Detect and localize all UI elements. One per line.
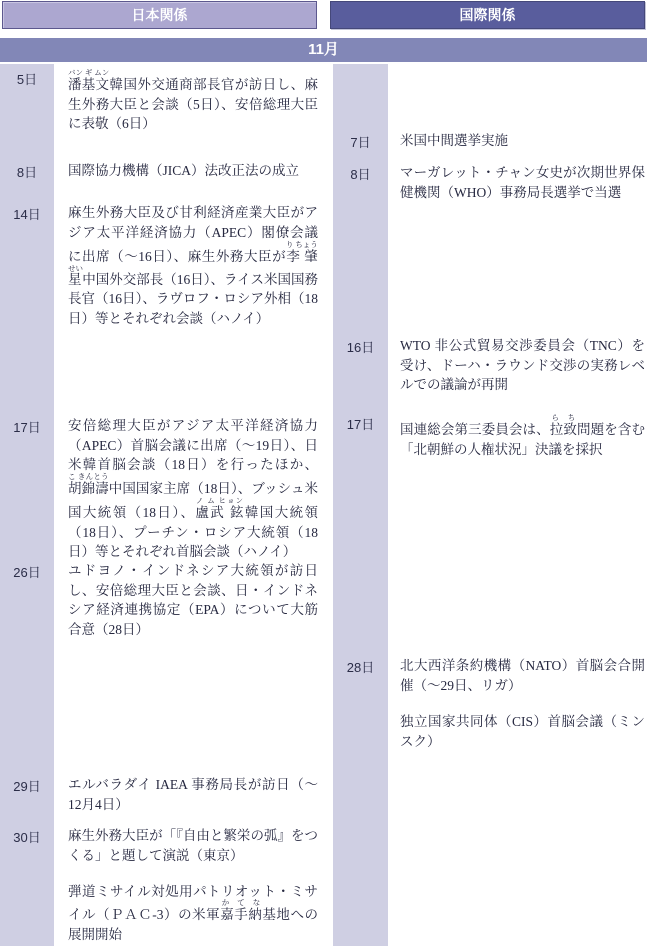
entry-text: 麻生外務大臣が「『自由と繁栄の弧』をつくる」と題して演説（東京）弾道ミサイル対処… <box>68 826 318 944</box>
chronology-page: 日本関係 国際関係 11月 5日潘基文バン ギ ムン韓国外交通商部長官が訪日し、… <box>0 0 647 946</box>
entry-text: 潘基文バン ギ ムン韓国外交通商部長官が訪日し、麻生外務大臣と会談（5日）、安倍… <box>68 68 318 134</box>
entry-date: 17日 <box>0 417 54 436</box>
entry-paragraph: エルバラダイ IAEA 事務局長が訪日（～12月4日） <box>68 775 318 814</box>
ruby-annotated-name: 拉致ら ち <box>550 422 577 437</box>
entry-paragraph: 麻生外務大臣及び甘利経済産業大臣がアジア太平洋経済協力（APEC）閣僚会議に出席… <box>68 203 318 328</box>
entry-date: 14日 <box>0 204 54 223</box>
timeline-entry-left-2: 8日国際協力機構（JICA）法改正法の成立 <box>0 161 318 181</box>
entry-paragraph: 北大西洋条約機構（NATO）首脳会合開催（～29日、リガ） <box>400 656 645 695</box>
timeline-entry-right-3: 16日WTO 非公式貿易交渉委員会（TNC）を受け、ドーハ・ラウンド交渉の実務レ… <box>333 336 647 395</box>
entry-paragraph: 安倍総理大臣がアジア太平洋経済協力（APEC）首脳会議に出席（～19日）、日米韓… <box>68 416 318 562</box>
entry-paragraph: ユドヨノ・インドネシア大統領が訪日し、安倍総理大臣と会談、日・インドネシア経済連… <box>68 561 318 639</box>
entry-paragraph: WTO 非公式貿易交渉委員会（TNC）を受け、ドーハ・ラウンド交渉の実務レベルで… <box>400 336 645 395</box>
entry-date: 30日 <box>0 827 54 846</box>
entry-text: WTO 非公式貿易交渉委員会（TNC）を受け、ドーハ・ラウンド交渉の実務レベルで… <box>400 336 645 395</box>
entry-text: 国連総会第三委員会は、拉致ら ち問題を含む「北朝鮮の人権状況」決議を採択 <box>400 413 645 459</box>
entry-text: 麻生外務大臣及び甘利経済産業大臣がアジア太平洋経済協力（APEC）閣僚会議に出席… <box>68 203 318 328</box>
ruby-annotated-name: 盧武 鉉ノ ム ヒョン <box>195 505 245 520</box>
entry-text: 安倍総理大臣がアジア太平洋経済協力（APEC）首脳会議に出席（～19日）、日米韓… <box>68 416 318 562</box>
entry-paragraph: 米国中間選挙実施 <box>400 131 645 151</box>
entry-paragraph: 国連総会第三委員会は、拉致ら ち問題を含む「北朝鮮の人権状況」決議を採択 <box>400 413 645 459</box>
ruby-annotated-name: 潘基文バン ギ ムン <box>68 77 109 92</box>
timeline-entry-left-5: 26日ユドヨノ・インドネシア大統領が訪日し、安倍総理大臣と会談、日・インドネシア… <box>0 561 318 639</box>
ruby-annotated-name: 胡錦濤こ きんとう <box>68 481 109 496</box>
entry-date: 28日 <box>333 657 388 676</box>
entry-paragraph: 麻生外務大臣が「『自由と繁栄の弧』をつくる」と題して演説（東京） <box>68 826 318 865</box>
entry-paragraph: 国際協力機構（JICA）法改正法の成立 <box>68 161 318 181</box>
entry-date: 8日 <box>333 164 388 183</box>
entry-date: 17日 <box>333 414 388 433</box>
entry-date: 26日 <box>0 562 54 581</box>
entry-date: 5日 <box>0 69 54 88</box>
entry-text: ユドヨノ・インドネシア大統領が訪日し、安倍総理大臣と会談、日・インドネシア経済連… <box>68 561 318 639</box>
timeline-entry-left-3: 14日麻生外務大臣及び甘利経済産業大臣がアジア太平洋経済協力（APEC）閣僚会議… <box>0 203 318 328</box>
entry-date: 8日 <box>0 162 54 181</box>
timeline-entry-left-7: 30日麻生外務大臣が「『自由と繁栄の弧』をつくる」と題して演説（東京）弾道ミサイ… <box>0 826 318 944</box>
timeline-entry-left-6: 29日エルバラダイ IAEA 事務局長が訪日（～12月4日） <box>0 775 318 814</box>
timeline-entry-left-1: 5日潘基文バン ギ ムン韓国外交通商部長官が訪日し、麻生外務大臣と会談（5日）、… <box>0 68 318 134</box>
timeline-entry-left-4: 17日安倍総理大臣がアジア太平洋経済協力（APEC）首脳会議に出席（～19日）、… <box>0 416 318 562</box>
entry-text: エルバラダイ IAEA 事務局長が訪日（～12月4日） <box>68 775 318 814</box>
timeline-entry-right-4: 17日国連総会第三委員会は、拉致ら ち問題を含む「北朝鮮の人権状況」決議を採択 <box>333 413 647 459</box>
entry-date: 29日 <box>0 776 54 795</box>
entry-text: 国際協力機構（JICA）法改正法の成立 <box>68 161 318 181</box>
entry-text: 米国中間選挙実施 <box>400 131 645 151</box>
ruby-annotated-name: 李 肇り ちょう <box>286 249 318 264</box>
entry-paragraph: マーガレット・チャン女史が次期世界保健機関（WHO）事務局長選挙で当選 <box>400 163 645 202</box>
entry-text: 北大西洋条約機構（NATO）首脳会合開催（～29日、リガ）独立国家共同体（CIS… <box>400 656 645 751</box>
entry-paragraph: 独立国家共同体（CIS）首脳会議（ミンスク） <box>400 712 645 751</box>
timeline-entry-right-1: 7日米国中間選挙実施 <box>333 131 647 151</box>
entry-text: マーガレット・チャン女史が次期世界保健機関（WHO）事務局長選挙で当選 <box>400 163 645 202</box>
japan-column: 5日潘基文バン ギ ムン韓国外交通商部長官が訪日し、麻生外務大臣と会談（5日）、… <box>0 0 318 946</box>
entry-paragraph: 潘基文バン ギ ムン韓国外交通商部長官が訪日し、麻生外務大臣と会談（5日）、安倍… <box>68 68 318 134</box>
entry-date: 7日 <box>333 132 388 151</box>
international-column: 7日米国中間選挙実施8日マーガレット・チャン女史が次期世界保健機関（WHO）事務… <box>333 0 647 946</box>
timeline-entry-right-2: 8日マーガレット・チャン女史が次期世界保健機関（WHO）事務局長選挙で当選 <box>333 163 647 202</box>
entry-paragraph: 弾道ミサイル対処用パトリオット・ミサイル（ＰＡＣ-3）の米軍嘉手納か て な基地… <box>68 882 318 944</box>
entry-date: 16日 <box>333 337 388 356</box>
timeline-entry-right-5: 28日北大西洋条約機構（NATO）首脳会合開催（～29日、リガ）独立国家共同体（… <box>333 656 647 751</box>
ruby-annotated-name: 嘉手納か て な <box>220 907 262 922</box>
ruby-annotated-name: 星せい <box>68 272 82 287</box>
